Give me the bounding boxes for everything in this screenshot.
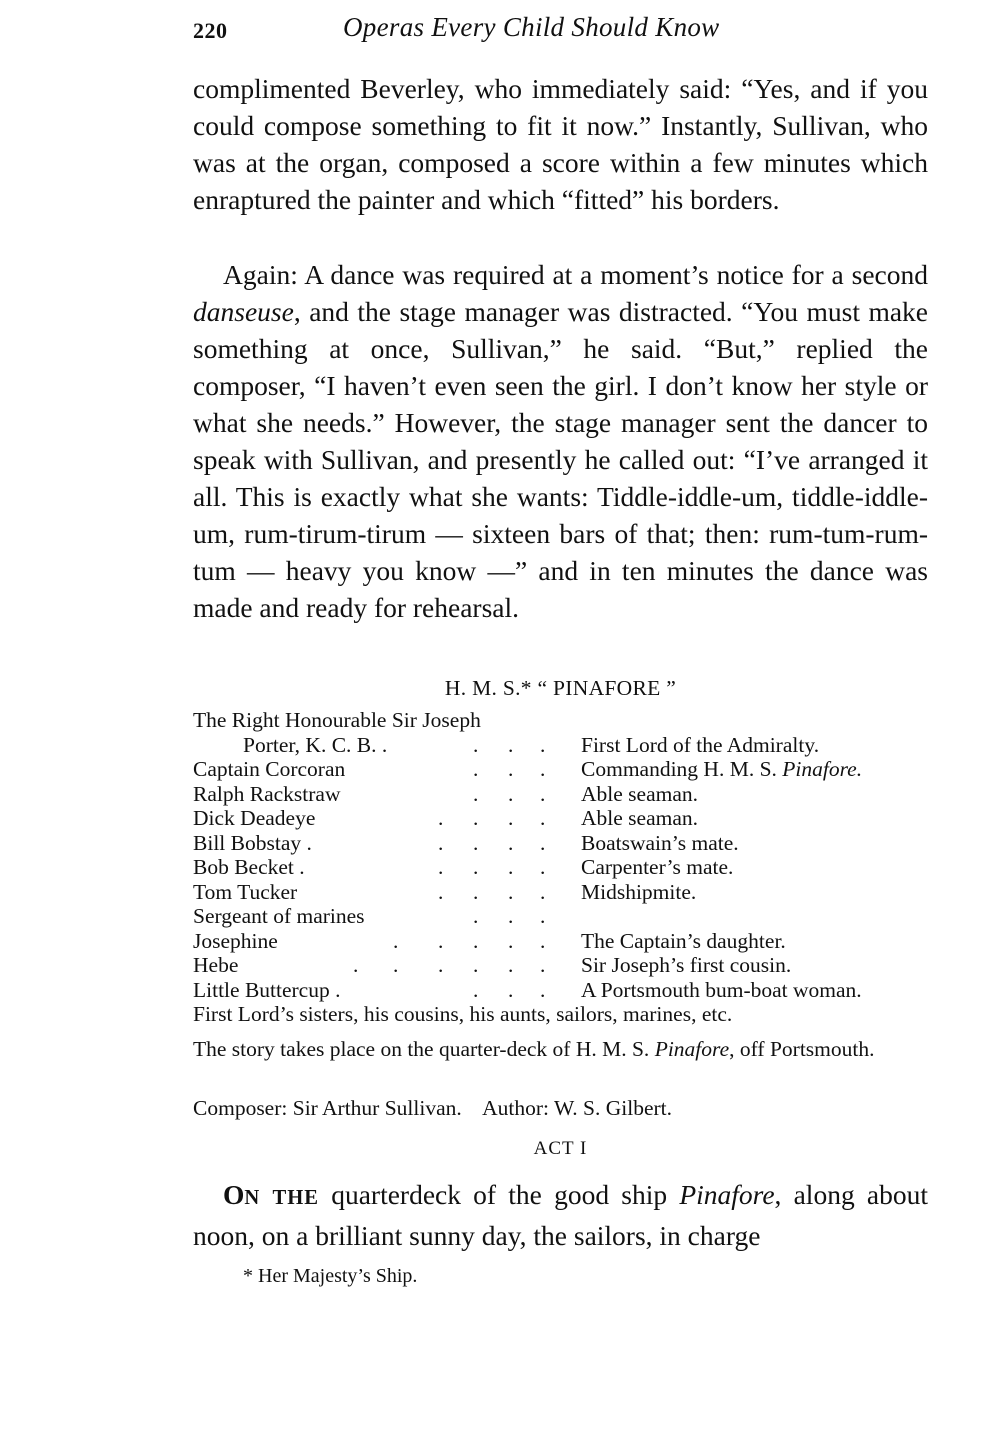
paragraph-text: , and the stage manager was distracted. … (193, 296, 928, 623)
cast-chorus: First Lord’s sisters, his cousins, his a… (193, 1002, 933, 1027)
cast-role: Able seaman. (581, 806, 698, 831)
cast-name: Josephine (193, 929, 278, 954)
cast-row: Porter, K. C. B. ....First Lord of the A… (193, 733, 933, 758)
dot-leader: . (508, 757, 513, 782)
role-text: Boatswain’s mate. (581, 831, 739, 855)
dot-leader: . (508, 953, 513, 978)
cast-role: Boatswain’s mate. (581, 831, 739, 856)
dot-leader: . (438, 953, 443, 978)
dot-leader: . (393, 929, 398, 954)
dot-leader: . (508, 978, 513, 1003)
dot-leader: . (508, 831, 513, 856)
dot-leader: . (438, 831, 443, 856)
cast-row: Bill Bobstay .....Boatswain’s mate. (193, 831, 933, 856)
dot-leader: . (540, 733, 545, 758)
dot-leader: . (473, 733, 478, 758)
italic-term: danseuse (193, 296, 294, 327)
dot-leader: . (438, 806, 443, 831)
paragraph-text: quarterdeck of the good ship (319, 1179, 679, 1210)
dot-leader: . (540, 978, 545, 1003)
role-text: Able seaman. (581, 806, 698, 830)
dot-leader: . (353, 953, 358, 978)
dot-leader: . (540, 855, 545, 880)
cast-name: The Right Honourable Sir Joseph (193, 708, 481, 733)
cast-name: Tom Tucker (193, 880, 297, 905)
cast-name: Porter, K. C. B. . (243, 733, 387, 758)
cast-name: Little Buttercup . (193, 978, 340, 1003)
dot-leader: . (540, 757, 545, 782)
small-cap: THE (272, 1187, 319, 1209)
lead-cap: O (223, 1179, 244, 1210)
setting-text: The story takes place on the quarter-dec… (193, 1037, 655, 1061)
cast-role: A Portsmouth bum-boat woman. (581, 978, 862, 1003)
cast-role: Carpenter’s mate. (581, 855, 733, 880)
cast-name: Ralph Rackstraw (193, 782, 340, 807)
cast-role: Able seaman. (581, 782, 698, 807)
cast-row: Dick Deadeye....Able seaman. (193, 806, 933, 831)
cast-name: Sergeant of marines (193, 904, 365, 929)
role-text: First Lord of the Admiralty. (581, 733, 819, 757)
dot-leader: . (393, 953, 398, 978)
dot-leader: . (473, 855, 478, 880)
ship-name: Pinafore (655, 1037, 729, 1061)
dot-leader: . (540, 929, 545, 954)
cast-first-line: The Right Honourable Sir Joseph (193, 708, 933, 733)
role-text: The Captain’s daughter. (581, 929, 786, 953)
dot-leader: . (540, 953, 545, 978)
cast-role: Commanding H. M. S. Pinafore. (581, 757, 862, 782)
role-text: Carpenter’s mate. (581, 855, 733, 879)
cast-role: First Lord of the Admiralty. (581, 733, 819, 758)
opening-small-caps: ON THE (223, 1179, 319, 1210)
dot-leader: . (473, 904, 478, 929)
dot-leader: . (508, 929, 513, 954)
cast-list: The Right Honourable Sir Joseph Porter, … (193, 708, 933, 1027)
cast-row: Hebe......Sir Joseph’s first cousin. (193, 953, 933, 978)
cast-list-title: H. M. S.* “ PINAFORE ” (193, 676, 928, 701)
cast-name: Bob Becket . (193, 855, 305, 880)
dot-leader: . (438, 929, 443, 954)
page-number: 220 (193, 18, 228, 44)
dot-leader: . (473, 953, 478, 978)
act-heading: ACT I (193, 1138, 928, 1160)
dot-leader: . (438, 880, 443, 905)
dot-leader: . (540, 806, 545, 831)
footnote: * Her Majesty’s Ship. (243, 1265, 417, 1288)
cast-name: Bill Bobstay . (193, 831, 312, 856)
dot-leader: . (508, 880, 513, 905)
cast-row: Bob Becket .....Carpenter’s mate. (193, 855, 933, 880)
paragraph-beverley: complimented Beverley, who immediately s… (193, 70, 928, 218)
small-cap: N (244, 1187, 260, 1209)
dot-leader: . (473, 880, 478, 905)
cast-name: Dick Deadeye (193, 806, 315, 831)
dot-leader: . (473, 929, 478, 954)
author-credit: Author: W. S. Gilbert. (482, 1096, 672, 1120)
role-text: Commanding H. M. S. (581, 757, 782, 781)
dot-leader: . (508, 855, 513, 880)
role-text: Sir Joseph’s first cousin. (581, 953, 791, 977)
cast-row: Captain Corcoran...Commanding H. M. S. P… (193, 757, 933, 782)
cast-row: Tom Tucker....Midshipmite. (193, 880, 933, 905)
ship-name: Pinafore (679, 1179, 774, 1210)
cast-role: Midshipmite. (581, 880, 696, 905)
dot-leader: . (473, 831, 478, 856)
paragraph-act-one-opening: ON THE quarterdeck of the good ship Pina… (193, 1176, 928, 1254)
cast-name: Hebe (193, 953, 238, 978)
dot-leader: . (473, 757, 478, 782)
dot-leader: . (508, 806, 513, 831)
dot-leader: . (540, 831, 545, 856)
cast-row: Josephine.....The Captain’s daughter. (193, 929, 933, 954)
cast-role: The Captain’s daughter. (581, 929, 786, 954)
setting-note: The story takes place on the quarter-dec… (193, 1037, 928, 1062)
dot-leader: . (540, 782, 545, 807)
dot-leader: . (508, 782, 513, 807)
running-title: Operas Every Child Should Know (343, 12, 719, 43)
book-page: 220 Operas Every Child Should Know compl… (0, 0, 1000, 1445)
dot-leader: . (438, 855, 443, 880)
dot-leader: . (473, 978, 478, 1003)
role-text: A Portsmouth bum-boat woman. (581, 978, 862, 1002)
cast-row: Sergeant of marines... (193, 904, 933, 929)
cast-name: Captain Corcoran (193, 757, 345, 782)
dot-leader: . (508, 904, 513, 929)
role-text: Midshipmite. (581, 880, 696, 904)
dot-leader: . (508, 733, 513, 758)
credits: Composer: Sir Arthur Sullivan. Author: W… (193, 1095, 672, 1121)
paragraph-text: Again: A dance was required at a moment’… (223, 259, 928, 290)
running-head: 220 Operas Every Child Should Know (193, 12, 933, 48)
dot-leader: . (540, 904, 545, 929)
dot-leader: . (540, 880, 545, 905)
composer-credit: Composer: Sir Arthur Sullivan. (193, 1096, 462, 1120)
role-italic: Pinafore. (782, 757, 862, 781)
cast-role: Sir Joseph’s first cousin. (581, 953, 791, 978)
dot-leader: . (473, 782, 478, 807)
setting-text: , off Portsmouth. (729, 1037, 874, 1061)
paragraph-dance: Again: A dance was required at a moment’… (193, 256, 928, 626)
cast-row: Little Buttercup ....A Portsmouth bum-bo… (193, 978, 933, 1003)
dot-leader: . (473, 806, 478, 831)
cast-row: Ralph Rackstraw...Able seaman. (193, 782, 933, 807)
role-text: Able seaman. (581, 782, 698, 806)
